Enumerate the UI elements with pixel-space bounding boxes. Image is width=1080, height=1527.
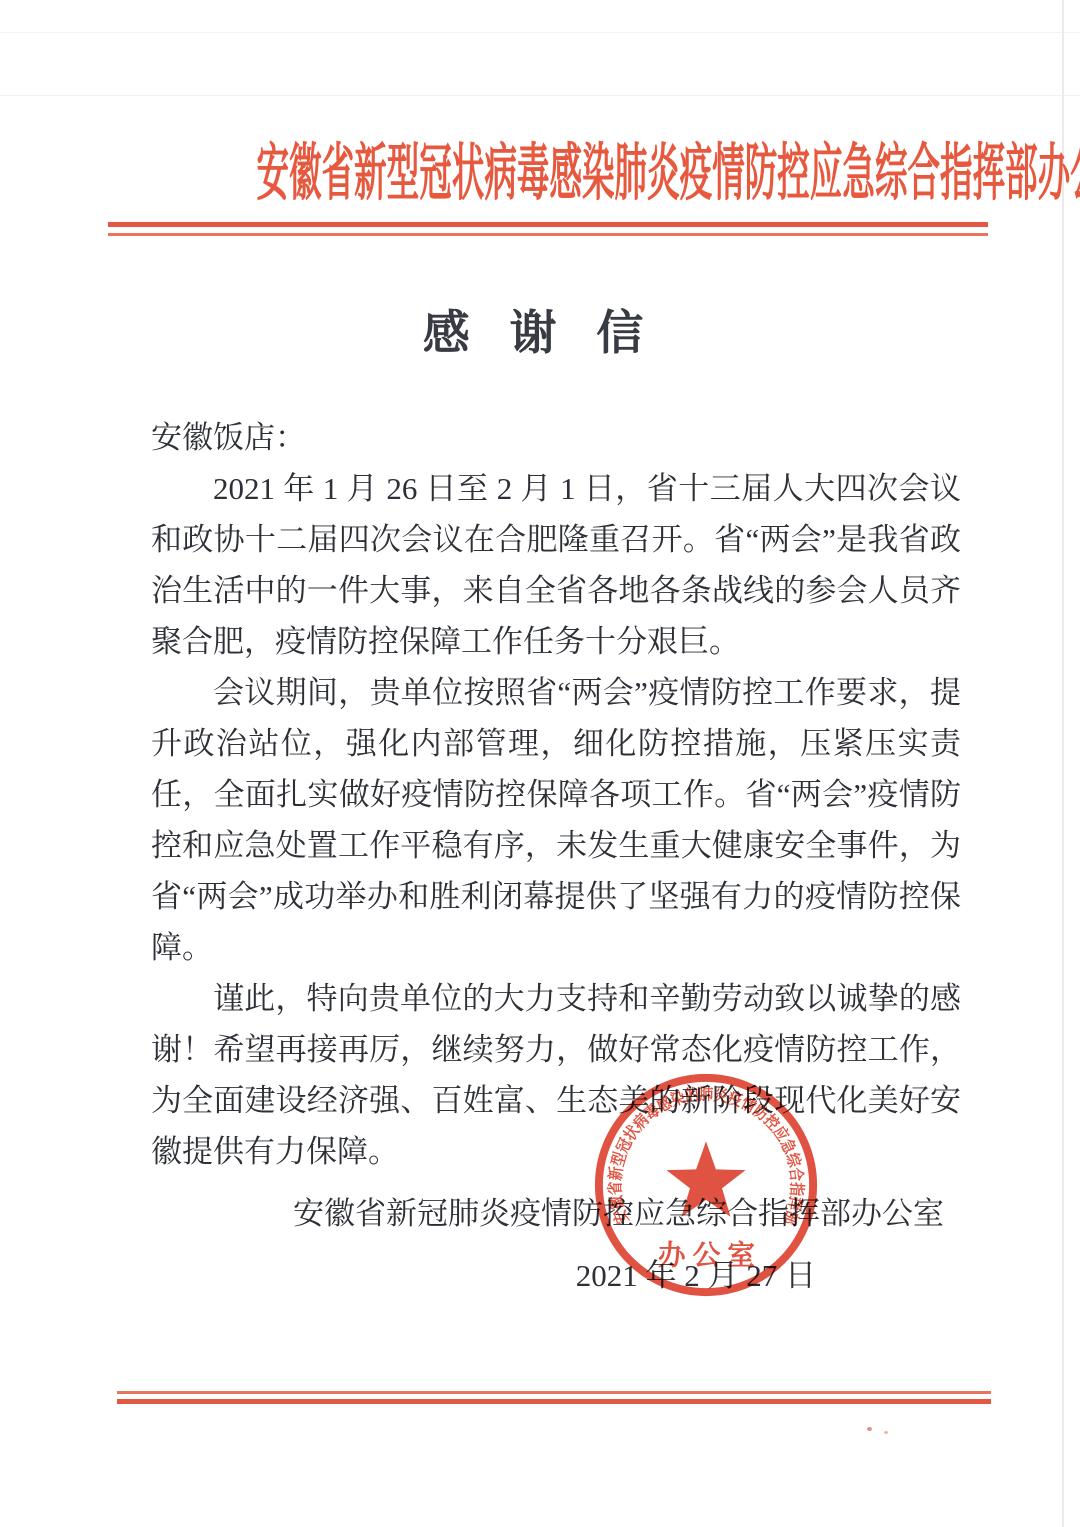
paragraph-1: 2021 年 1 月 26 日至 2 月 1 日，省十三届人大四次会议和政协十二… bbox=[151, 463, 961, 667]
letter-page: 安徽省新型冠状病毒感染肺炎疫情防控应急综合指挥部办公室 感 谢 信 安徽饭店： … bbox=[0, 0, 1080, 1527]
scan-ink-speck bbox=[884, 1431, 888, 1434]
paragraph-3: 谨此，特向贵单位的大力支持和辛勤劳动致以诚挚的感谢！希望再接再厉，继续努力，做好… bbox=[151, 973, 961, 1177]
rule-line-thick bbox=[108, 222, 988, 227]
signature-organization: 安徽省新冠肺炎疫情防控应急综合指挥部办公室 bbox=[293, 1188, 944, 1233]
letter-body: 安徽饭店： 2021 年 1 月 26 日至 2 月 1 日，省十三届人大四次会… bbox=[151, 412, 961, 1177]
footer-double-rule bbox=[117, 1391, 991, 1404]
letterhead-double-rule bbox=[108, 222, 988, 236]
scan-artifact-band bbox=[0, 95, 1080, 96]
scan-ink-speck bbox=[867, 1427, 872, 1431]
letter-title: 感 谢 信 bbox=[0, 296, 1080, 363]
signature-date: 2021 年 2 月 27 日 bbox=[576, 1250, 816, 1295]
rule-line-thin bbox=[108, 233, 988, 236]
paragraph-2: 会议期间，贵单位按照省“两会”疫情防控工作要求，提升政治站位，强化内部管理，细化… bbox=[151, 667, 961, 973]
rule-line-thick bbox=[117, 1399, 991, 1404]
letterhead-title: 安徽省新型冠状病毒感染肺炎疫情防控应急综合指挥部办公室 bbox=[257, 136, 824, 212]
salutation: 安徽饭店： bbox=[151, 412, 961, 463]
scan-artifact-band bbox=[0, 32, 1080, 33]
rule-line-thin bbox=[117, 1391, 991, 1394]
scan-paper-edge bbox=[1062, 0, 1064, 1527]
